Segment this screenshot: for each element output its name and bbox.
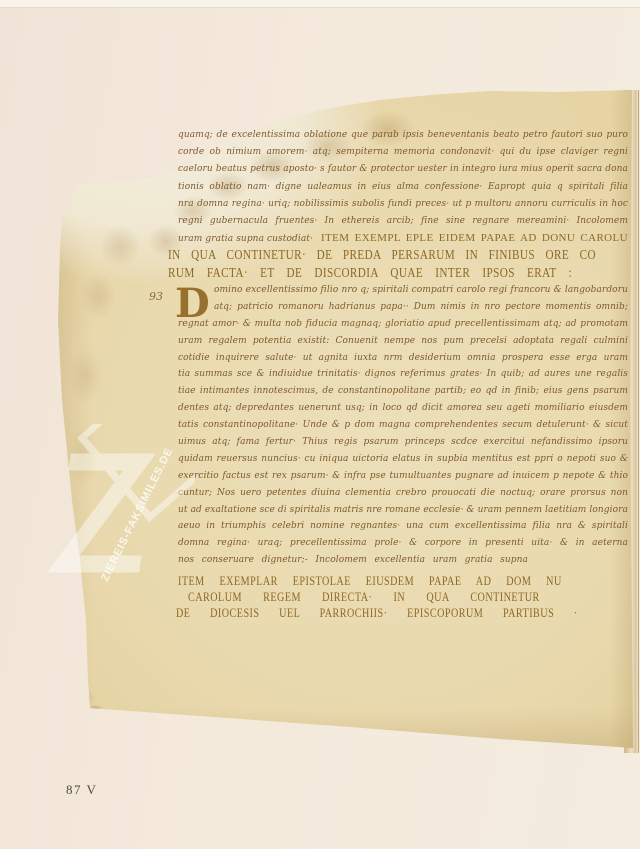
letter-body: omino excellentissimo filio nro q; spiri… xyxy=(178,282,628,569)
manuscript-line: caeloru beatus petrus aposto· s fautor &… xyxy=(178,161,628,178)
manuscript-line: uram regalem potentia existit: Conuenit … xyxy=(178,333,628,350)
manuscript-line: corde ob nimium amorem· atq; sempiterna … xyxy=(178,144,628,161)
backdrop-top-edge xyxy=(0,0,640,8)
manuscript-line: tatis constantinopolitane· Unde & p dom … xyxy=(178,417,628,434)
manuscript-line: quidam reuersus nuncius· cu iniqua uicto… xyxy=(178,451,628,468)
rubric-line: IN QUA CONTINETUR· DE PREDA PERSARUM IN … xyxy=(168,247,596,265)
manuscript-line-end: uram gratia supna custodiat· xyxy=(178,231,313,247)
margin-chapter-number: 93 xyxy=(149,290,163,303)
rubric-heading-2: ITEM EXEMPLAR EPISTOLAE EIUSDEM PAPAE AD… xyxy=(178,573,640,621)
manuscript-line: tionis oblatio nam· digne ualeamus in ei… xyxy=(178,179,628,196)
folio-label: 87 V xyxy=(66,782,97,798)
manuscript-line: nra domna regina· uriq; nobilissimis sub… xyxy=(178,196,628,213)
rubric-line: RUM FACTA· ET DE DISCORDIA QUAE INTER IP… xyxy=(168,265,572,283)
rubric-heading-1: IN QUA CONTINETUR· DE PREDA PERSARUM IN … xyxy=(168,247,640,282)
manuscript-line: quamq; de excelentissima oblatione que p… xyxy=(178,127,628,144)
manuscript-line: tia summas sce & indiuidue trinitatis· d… xyxy=(178,366,628,383)
manuscript-line: exercitio factus est rex psarum· & infra… xyxy=(178,468,628,485)
manuscript-line: domna regina· uraq; precellentissima pro… xyxy=(178,535,628,552)
photo-backdrop: quamq; de excelentissima oblatione que p… xyxy=(0,0,640,849)
manuscript-line-with-rubric: uram gratia supna custodiat· ITEM EXEMPL… xyxy=(178,230,628,247)
manuscript-line: uimus atq; fama fertur· Thius regis psar… xyxy=(178,434,628,451)
manuscript-line: nos conseruare dignetur;- Incolomem exce… xyxy=(178,552,528,569)
manuscript-line: cotidie inquirere salute· ut agnita iuxt… xyxy=(178,350,628,367)
manuscript-line: cuntur; Nos uero petentes diuina clement… xyxy=(178,485,628,502)
manuscript-line: omino excellentissimo filio nro q; spiri… xyxy=(178,282,628,299)
manuscript-line: aeuo in triumphis celebri nomine regnant… xyxy=(178,518,628,535)
manuscript-line: atq; patricio romanoru hadrianus papa·· … xyxy=(178,299,628,316)
manuscript-line: regnat amor· & multa nob fiducia magnaq;… xyxy=(178,316,628,333)
manuscript-line: tiae intimantes innotescimus, de constan… xyxy=(178,383,628,400)
rubric-line: CAROLUM REGEM DIRECTA· IN QUA CONTINETUR xyxy=(188,589,540,605)
rubric-line: DE DIOCESIS UEL PARROCHIIS· EPISCOPORUM … xyxy=(176,605,578,621)
manuscript-line: ut ad exaltatione sce di spiritalis matr… xyxy=(178,502,628,519)
manuscript-line: regni gubernacula fruentes· In ethereis … xyxy=(178,213,628,230)
manuscript-line: dentes atq; depredantes uenerunt usq; in… xyxy=(178,400,628,417)
inline-rubric-capitals: ITEM EXEMPL EPLE EIDEM PAPAE AD DONU CAR… xyxy=(321,230,628,247)
rubric-line: ITEM EXEMPLAR EPISTOLAE EIUSDEM PAPAE AD… xyxy=(178,573,562,589)
opening-paragraph: quamq; de excelentissima oblatione que p… xyxy=(178,127,628,247)
